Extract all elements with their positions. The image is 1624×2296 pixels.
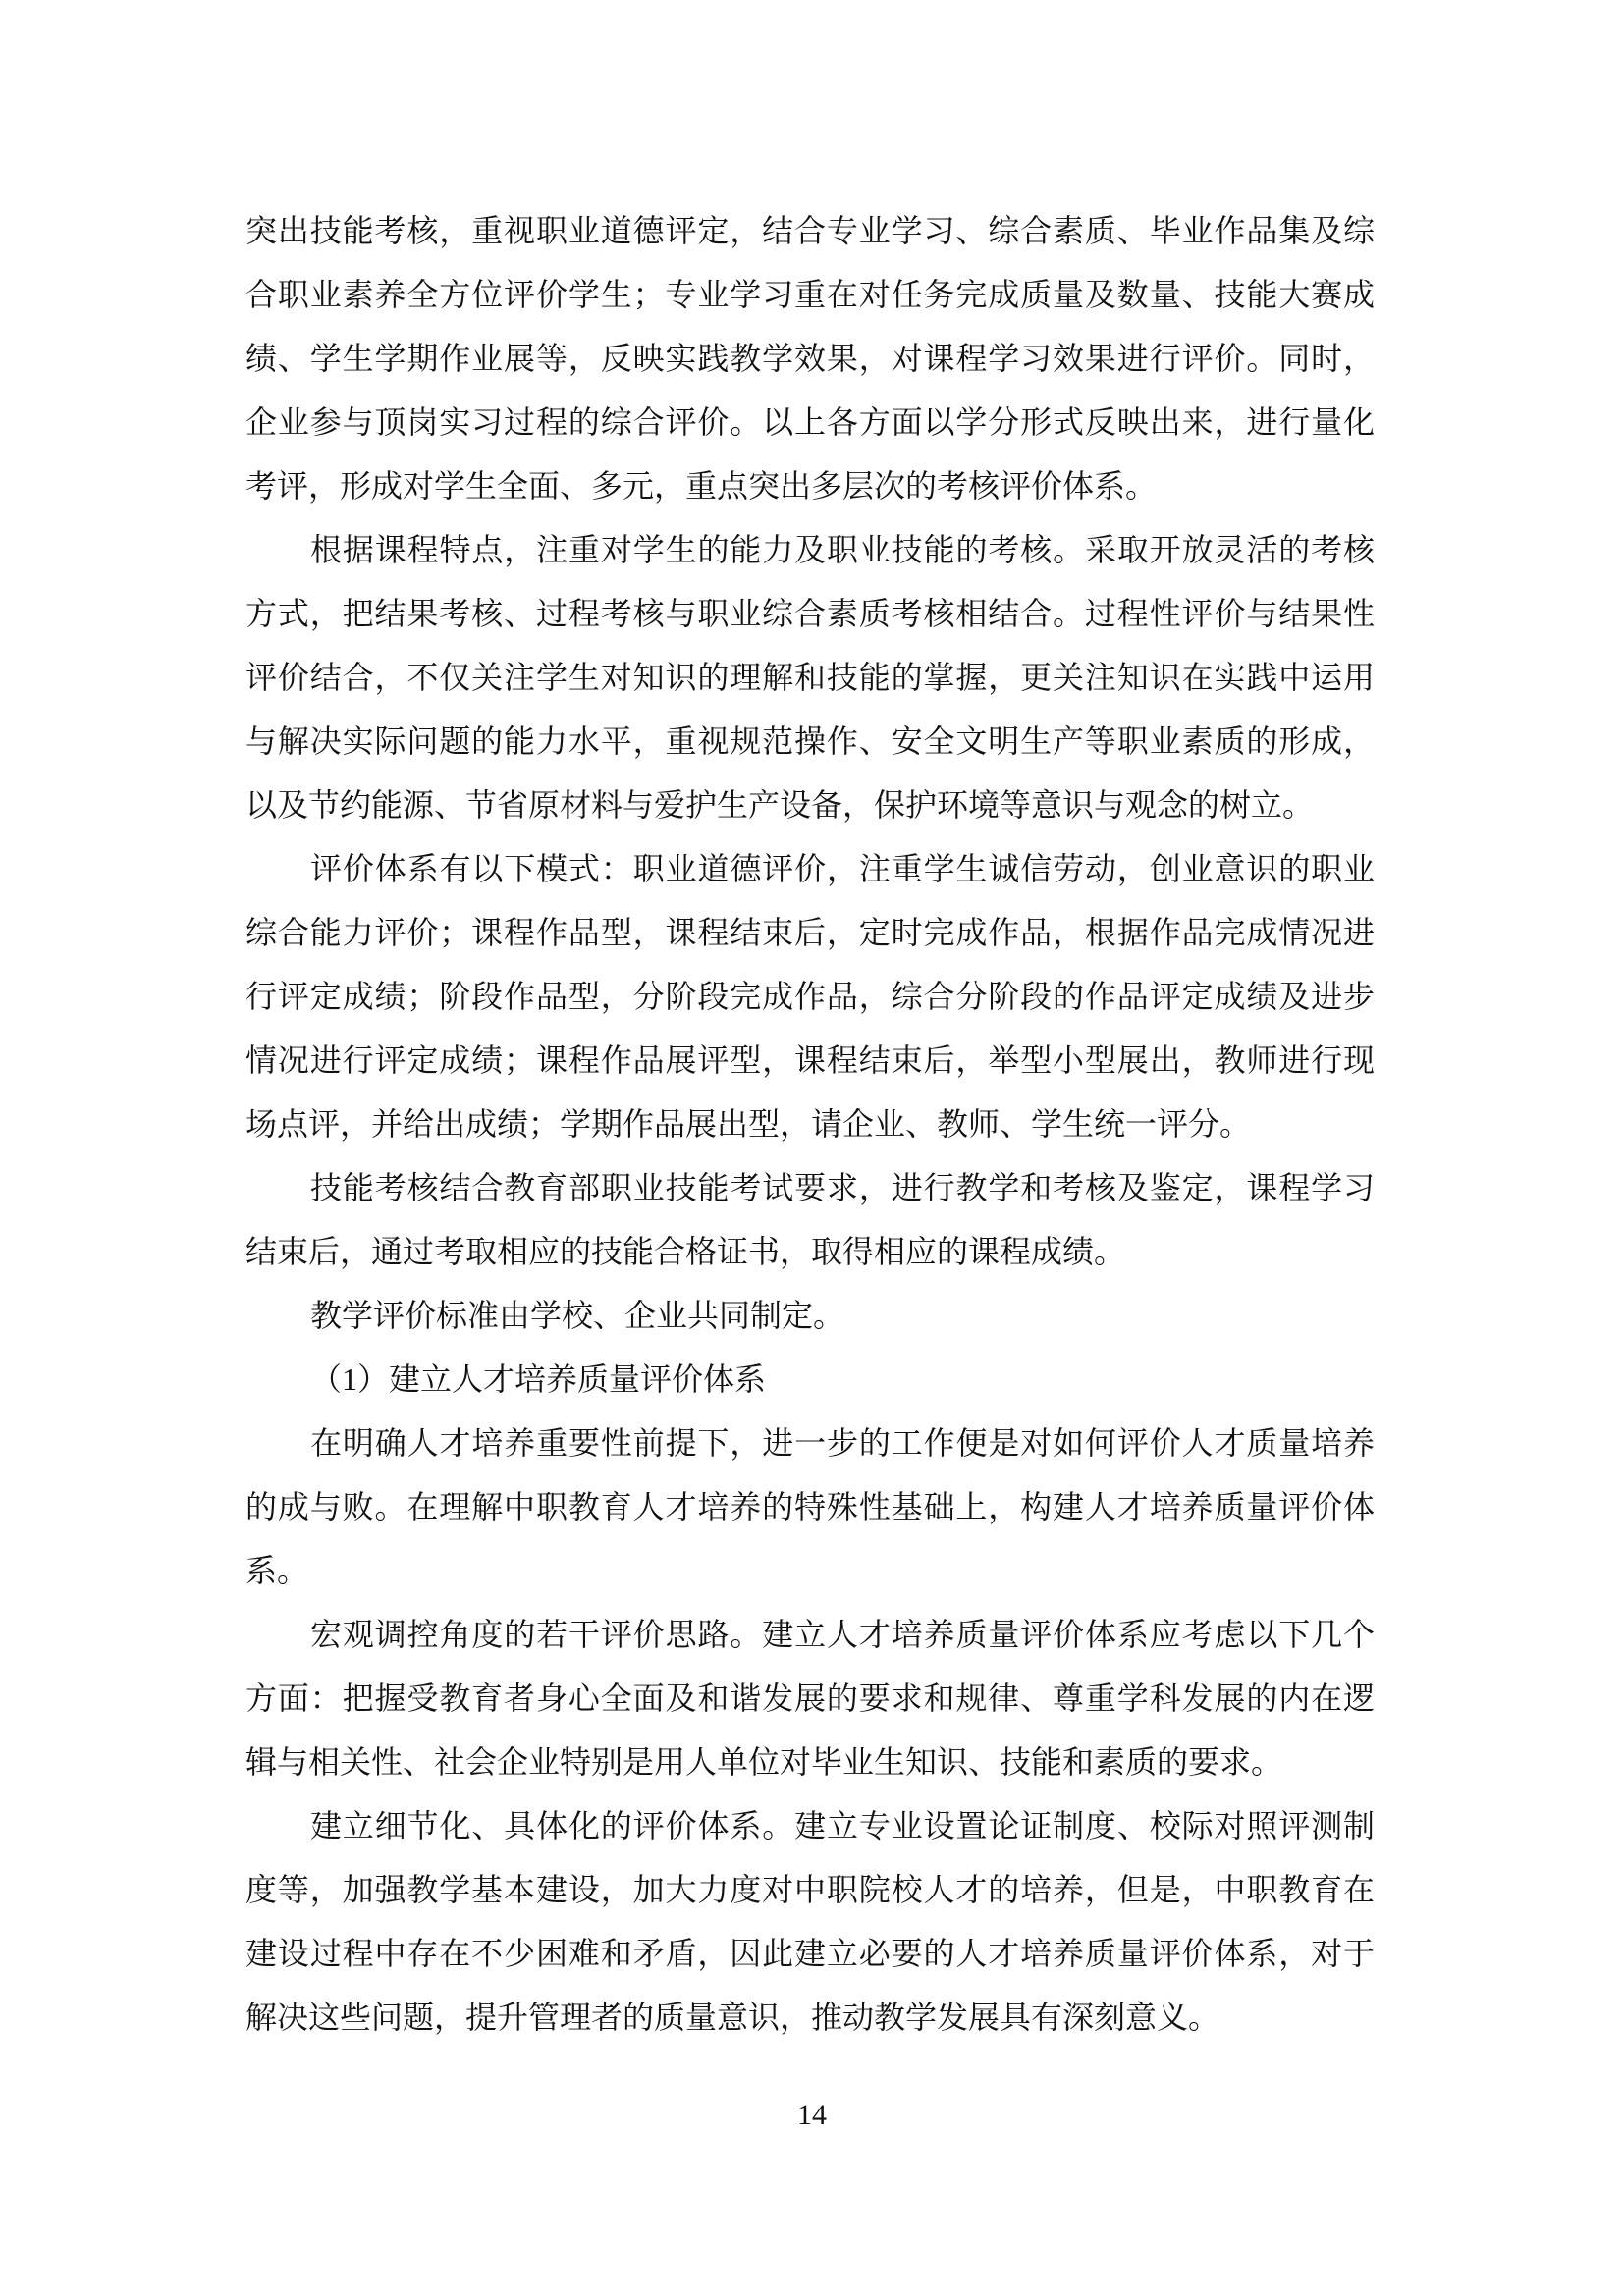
text-line: 方式，把结果考核、过程考核与职业综合素质考核相结合。过程性评价与结果性 bbox=[245, 582, 1375, 646]
text-line: 情况进行评定成绩；课程作品展评型，课程结束后，举型小型展出，教师进行现 bbox=[245, 1029, 1375, 1093]
text-line: 评价体系有以下模式：职业道德评价，注重学生诚信劳动，创业意识的职业 bbox=[245, 837, 1375, 901]
text-line: 突出技能考核，重视职业道德评定，结合专业学习、综合素质、毕业作品集及综 bbox=[245, 199, 1375, 263]
text-line: 企业参与顶岗实习过程的综合评价。以上各方面以学分形式反映出来，进行量化 bbox=[245, 391, 1375, 454]
document-body: 突出技能考核，重视职业道德评定，结合专业学习、综合素质、毕业作品集及综合职业素养… bbox=[245, 199, 1375, 2050]
text-line: 宏观调控角度的若干评价思路。建立人才培养质量评价体系应考虑以下几个 bbox=[245, 1603, 1375, 1667]
text-line: 辑与相关性、社会企业特别是用人单位对毕业生知识、技能和素质的要求。 bbox=[245, 1731, 1375, 1794]
text-line: （1）建立人才培养质量评价体系 bbox=[245, 1348, 1375, 1412]
text-line: 以及节约能源、节省原材料与爱护生产设备，保护环境等意识与观念的树立。 bbox=[245, 774, 1375, 837]
text-line: 在明确人才培养重要性前提下，进一步的工作便是对如何评价人才质量培养 bbox=[245, 1412, 1375, 1475]
text-line: 方面：把握受教育者身心全面及和谐发展的要求和规律、尊重学科发展的内在逻 bbox=[245, 1667, 1375, 1731]
text-line: 绩、学生学期作业展等，反映实践教学效果，对课程学习效果进行评价。同时， bbox=[245, 327, 1375, 391]
text-line: 建设过程中存在不少困难和矛盾，因此建立必要的人才培养质量评价体系，对于 bbox=[245, 1922, 1375, 1986]
page-number: 14 bbox=[797, 2099, 827, 2131]
text-line: 技能考核结合教育部职业技能考试要求，进行教学和考核及鉴定，课程学习 bbox=[245, 1156, 1375, 1220]
text-line: 合职业素养全方位评价学生；专业学习重在对任务完成质量及数量、技能大赛成 bbox=[245, 263, 1375, 327]
page-footer: 14 bbox=[0, 2099, 1624, 2132]
text-line: 场点评，并给出成绩；学期作品展出型，请企业、教师、学生统一评分。 bbox=[245, 1093, 1375, 1156]
text-line: 的成与败。在理解中职教育人才培养的特殊性基础上，构建人才培养质量评价体 bbox=[245, 1475, 1375, 1539]
text-line: 评价结合，不仅关注学生对知识的理解和技能的掌握，更关注知识在实践中运用 bbox=[245, 646, 1375, 710]
text-line: 考评，形成对学生全面、多元，重点突出多层次的考核评价体系。 bbox=[245, 454, 1375, 518]
text-line: 解决这些问题，提升管理者的质量意识，推动教学发展具有深刻意义。 bbox=[245, 1986, 1375, 2050]
text-line: 根据课程特点，注重对学生的能力及职业技能的考核。采取开放灵活的考核 bbox=[245, 518, 1375, 582]
text-line: 结束后，通过考取相应的技能合格证书，取得相应的课程成绩。 bbox=[245, 1220, 1375, 1284]
text-line: 与解决实际问题的能力水平，重视规范操作、安全文明生产等职业素质的形成， bbox=[245, 710, 1375, 774]
text-line: 综合能力评价；课程作品型，课程结束后，定时完成作品，根据作品完成情况进 bbox=[245, 901, 1375, 965]
text-line: 建立细节化、具体化的评价体系。建立专业设置论证制度、校际对照评测制 bbox=[245, 1794, 1375, 1858]
text-line: 行评定成绩；阶段作品型，分阶段完成作品，综合分阶段的作品评定成绩及进步 bbox=[245, 965, 1375, 1029]
text-line: 度等，加强教学基本建设，加大力度对中职院校人才的培养，但是，中职教育在 bbox=[245, 1858, 1375, 1922]
text-line: 系。 bbox=[245, 1539, 1375, 1603]
document-page: 突出技能考核，重视职业道德评定，结合专业学习、综合素质、毕业作品集及综合职业素养… bbox=[0, 0, 1624, 2296]
text-line: 教学评价标准由学校、企业共同制定。 bbox=[245, 1284, 1375, 1348]
